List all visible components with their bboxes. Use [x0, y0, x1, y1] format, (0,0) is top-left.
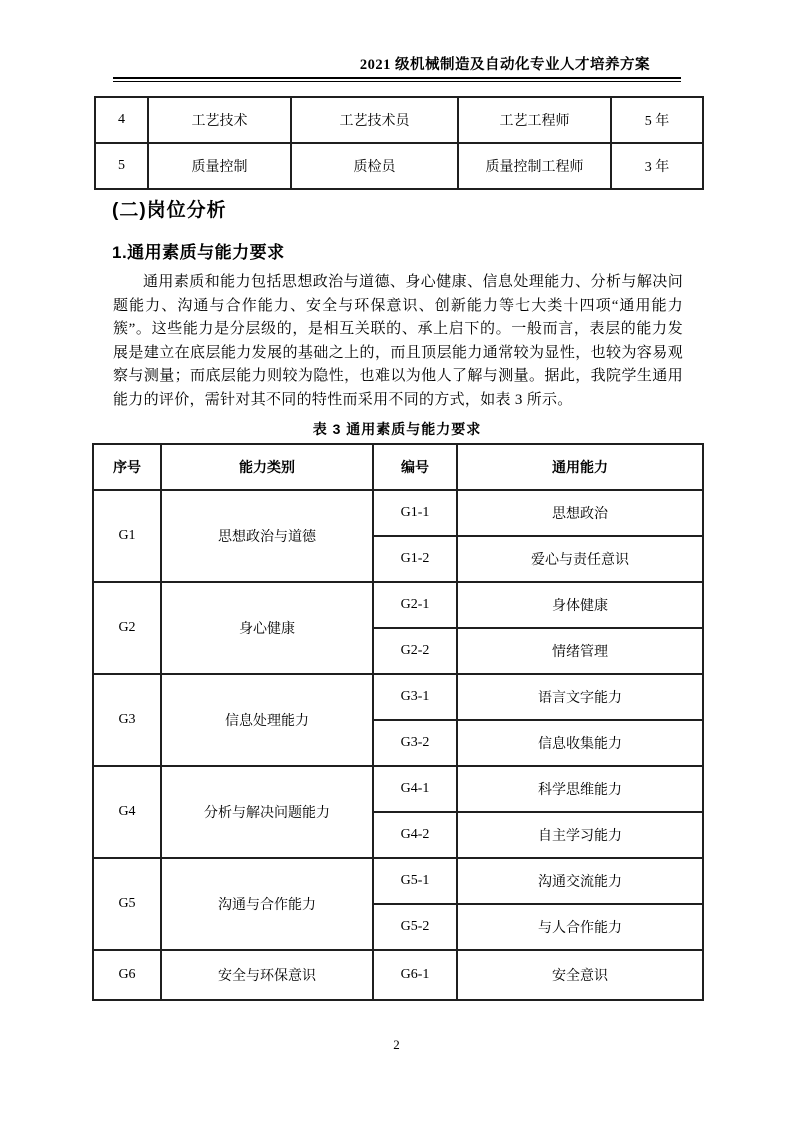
subsection-heading-general-abilities: 1.通用素质与能力要求	[112, 238, 285, 263]
cell-entry-post: 质检员	[291, 143, 458, 189]
general-ability-table: 序号 能力类别 编号 通用能力 G1 思想政治与道德 G1-1 思想政治 G1-…	[92, 443, 704, 1001]
cell-row-no: 4	[95, 97, 148, 143]
cell-code: G1-2	[373, 536, 457, 582]
cell-code: G4-1	[373, 766, 457, 812]
cell-post-category: 质量控制	[148, 143, 291, 189]
cell-group-id: G1	[93, 490, 161, 582]
page-header-title: 2021 级机械制造及自动化专业人才培养方案	[113, 53, 650, 74]
table-row: G4 分析与解决问题能力 G4-1 科学思维能力	[93, 766, 703, 812]
table-row: 4 工艺技术 工艺技术员 工艺工程师 5 年	[95, 97, 703, 143]
cell-ability: 身体健康	[457, 582, 703, 628]
cell-ability: 科学思维能力	[457, 766, 703, 812]
cell-category: 沟通与合作能力	[161, 858, 373, 950]
cell-group-id: G2	[93, 582, 161, 674]
cell-category: 思想政治与道德	[161, 490, 373, 582]
table-row: G1 思想政治与道德 G1-1 思想政治	[93, 490, 703, 536]
cell-entry-post: 工艺技术员	[291, 97, 458, 143]
cell-post-category: 工艺技术	[148, 97, 291, 143]
table-row: G5 沟通与合作能力 G5-1 沟通交流能力	[93, 858, 703, 904]
cell-target-post: 工艺工程师	[458, 97, 611, 143]
table-header-row: 序号 能力类别 编号 通用能力	[93, 444, 703, 490]
document-page: 2021 级机械制造及自动化专业人才培养方案 4 工艺技术 工艺技术员 工艺工程…	[0, 0, 793, 1122]
cell-ability: 与人合作能力	[457, 904, 703, 950]
post-analysis-continuation-table: 4 工艺技术 工艺技术员 工艺工程师 5 年 5 质量控制 质检员 质量控制工程…	[94, 96, 704, 190]
cell-code: G2-2	[373, 628, 457, 674]
header-general-ability: 通用能力	[457, 444, 703, 490]
cell-ability: 思想政治	[457, 490, 703, 536]
cell-code: G2-1	[373, 582, 457, 628]
cell-years: 5 年	[611, 97, 703, 143]
cell-category: 安全与环保意识	[161, 950, 373, 1000]
header-ability-category: 能力类别	[161, 444, 373, 490]
cell-code: G5-2	[373, 904, 457, 950]
cell-ability: 信息收集能力	[457, 720, 703, 766]
cell-code: G6-1	[373, 950, 457, 1000]
page-number: 2	[0, 1037, 793, 1053]
table-row: G2 身心健康 G2-1 身体健康	[93, 582, 703, 628]
cell-code: G3-1	[373, 674, 457, 720]
cell-code: G5-1	[373, 858, 457, 904]
cell-code: G3-2	[373, 720, 457, 766]
body-paragraph: 通用素质和能力包括思想政治与道德、身心健康、信息处理能力、分析与解决问题能力、沟…	[113, 271, 683, 413]
cell-group-id: G5	[93, 858, 161, 950]
cell-category: 信息处理能力	[161, 674, 373, 766]
section-heading-post-analysis: (二)岗位分析	[112, 195, 227, 222]
header-serial-no: 序号	[93, 444, 161, 490]
cell-ability: 情绪管理	[457, 628, 703, 674]
cell-group-id: G6	[93, 950, 161, 1000]
cell-category: 身心健康	[161, 582, 373, 674]
cell-years: 3 年	[611, 143, 703, 189]
table-row: 5 质量控制 质检员 质量控制工程师 3 年	[95, 143, 703, 189]
cell-group-id: G4	[93, 766, 161, 858]
table-row: G3 信息处理能力 G3-1 语言文字能力	[93, 674, 703, 720]
cell-group-id: G3	[93, 674, 161, 766]
cell-ability: 爱心与责任意识	[457, 536, 703, 582]
cell-ability: 沟通交流能力	[457, 858, 703, 904]
header-code: 编号	[373, 444, 457, 490]
cell-ability: 自主学习能力	[457, 812, 703, 858]
cell-code: G1-1	[373, 490, 457, 536]
cell-ability: 安全意识	[457, 950, 703, 1000]
cell-row-no: 5	[95, 143, 148, 189]
cell-code: G4-2	[373, 812, 457, 858]
header-double-rule	[113, 77, 681, 82]
cell-target-post: 质量控制工程师	[458, 143, 611, 189]
table-row: G6 安全与环保意识 G6-1 安全意识	[93, 950, 703, 1000]
cell-ability: 语言文字能力	[457, 674, 703, 720]
cell-category: 分析与解决问题能力	[161, 766, 373, 858]
table3-caption: 表 3 通用素质与能力要求	[92, 419, 702, 439]
